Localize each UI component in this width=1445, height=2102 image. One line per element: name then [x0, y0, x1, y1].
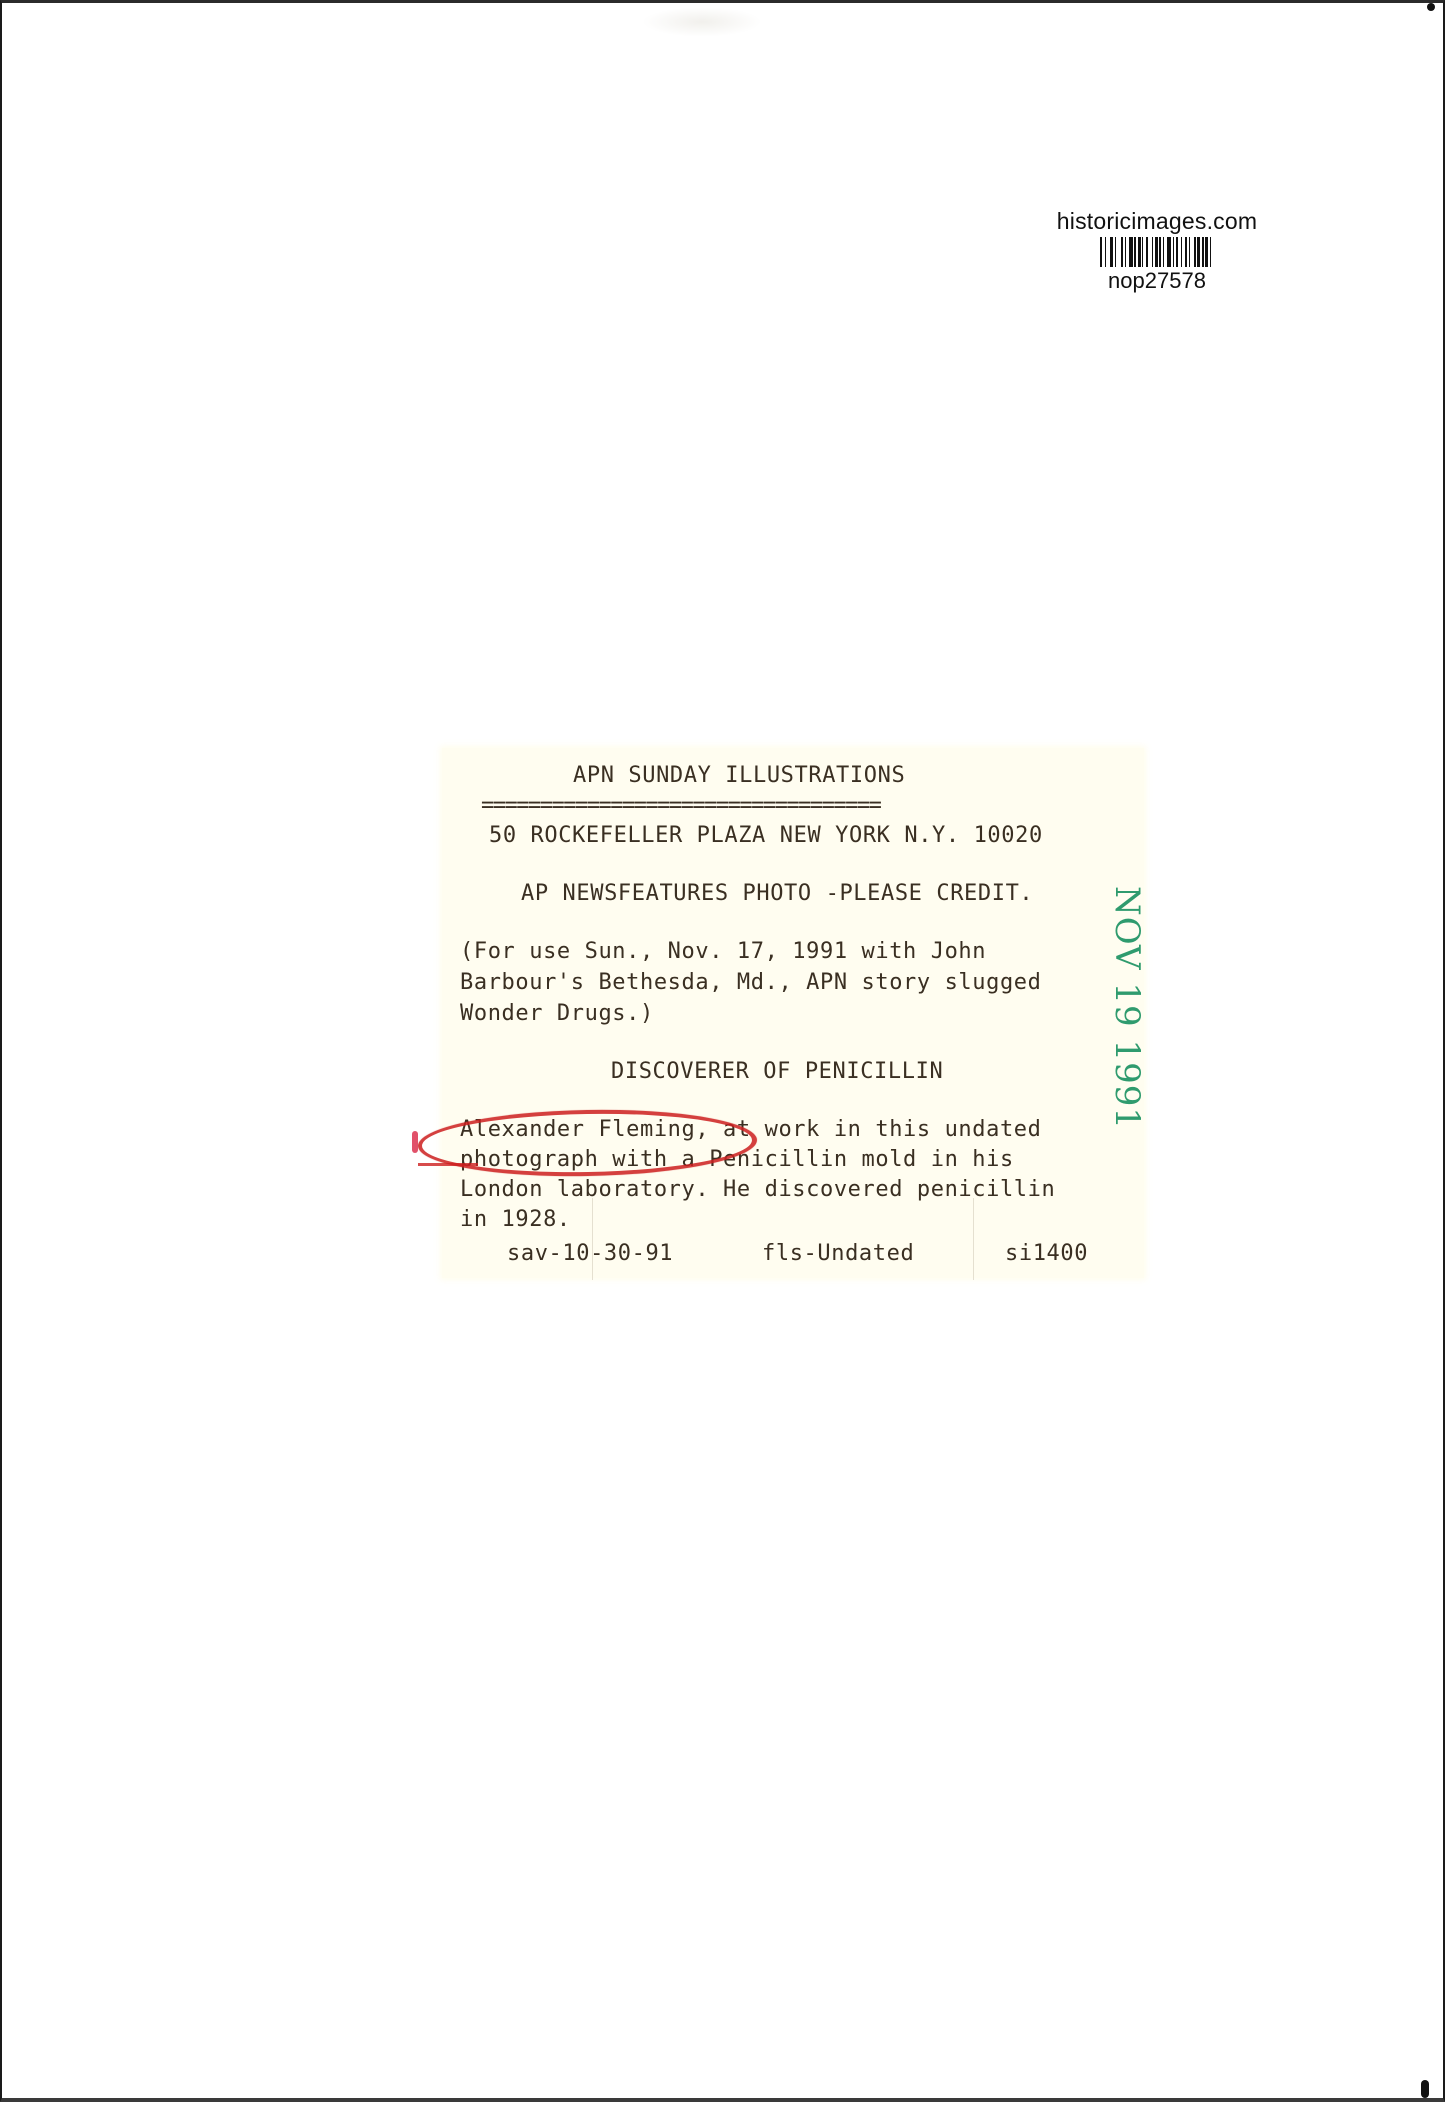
- caption-rule: ==================================: [481, 790, 880, 821]
- usage-line: Barbour's Bethesda, Md., APN story slugg…: [460, 967, 1042, 998]
- red-pencil-tail: [418, 1163, 478, 1166]
- photo-back-page: historicimages.com nop27578 APN SUNDAY I…: [0, 0, 1445, 2102]
- usage-line: (For use Sun., Nov. 17, 1991 with John: [460, 936, 986, 967]
- received-date-stamp: NOV 19 1991: [1107, 883, 1147, 1133]
- footer-id: si1400: [1005, 1238, 1088, 1269]
- barcode-icon: [1052, 237, 1262, 267]
- caption-address: 50 ROCKEFELLER PLAZA NEW YORK N.Y. 10020: [489, 820, 1043, 851]
- red-pencil-mark: [412, 1131, 418, 1153]
- body-line: Alexander Fleming, at work in this undat…: [460, 1114, 1042, 1145]
- pasted-slip-edge: [592, 1198, 974, 1280]
- watermark-code: nop27578: [1047, 269, 1267, 293]
- paper-smudge: [642, 7, 762, 37]
- watermark-site: historicimages.com: [1047, 208, 1267, 234]
- caption-credit: AP NEWSFEATURES PHOTO -PLEASE CREDIT.: [521, 878, 1033, 909]
- corner-mark: [1427, 3, 1435, 11]
- caption-headline: DISCOVERER OF PENICILLIN: [611, 1056, 943, 1087]
- corner-mark: [1421, 2080, 1429, 2098]
- watermark-block: historicimages.com nop27578: [1047, 208, 1267, 293]
- usage-line: Wonder Drugs.): [460, 998, 654, 1029]
- body-line: photograph with a Penicillin mold in his: [460, 1144, 1014, 1175]
- caption-title: APN SUNDAY ILLUSTRATIONS: [573, 760, 905, 791]
- body-line: in 1928.: [460, 1204, 571, 1235]
